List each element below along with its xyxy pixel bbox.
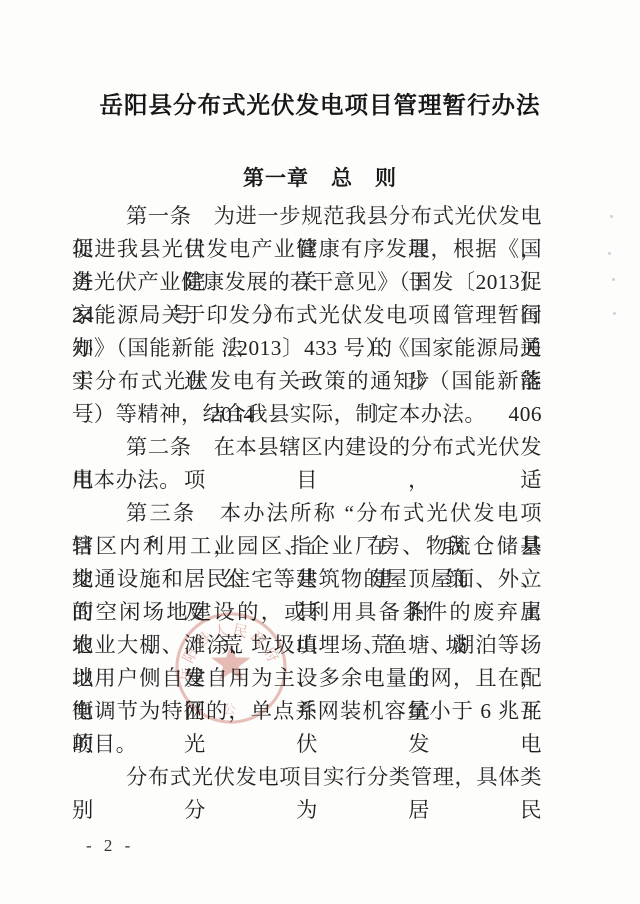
text-line: 交通设施和居民住宅等建筑物的屋顶屋面、外立面及其附属 — [72, 563, 542, 596]
margin-speck — [610, 215, 613, 218]
text-line: 的空闲场地建设的，或利用具备条件的废弃土地、荒山荒坡、 — [72, 596, 542, 629]
page-number: - 2 - — [86, 836, 134, 856]
document-body: 第一条 为进一步规范我县分布式光伏发电项目管理，促进我县光伏发电产业健康有序发展… — [72, 200, 542, 794]
document-page: 岳阳县分布式光伏发电项目管理暂行办法 第一章 总 则 岳阳县人民政府 公 第一条… — [0, 0, 640, 904]
margin-speck — [613, 312, 616, 315]
text-line: 知》（国能新能〔2013〕433 号）、《国家能源局关于进一步落 — [72, 332, 542, 365]
text-line: 以用户侧自发自用为主、多余电量上网，且在配电网系统平 — [72, 662, 542, 695]
margin-speck — [608, 252, 611, 255]
text-line: 进光伏产业健康发展的若干意见》（国发〔2013〕24 号）、《国 — [72, 266, 542, 299]
margin-speck — [612, 278, 615, 281]
text-line: 第一条 为进一步规范我县分布式光伏发电项目管理， — [72, 200, 542, 233]
text-line: 促进我县光伏发电产业健康有序发展，根据《国务院关于促 — [72, 233, 542, 266]
text-line: 辖区内利用工业园区、企业厂房、物流仓储基地、公共建筑、 — [72, 530, 542, 563]
text-line: 号）等精神，结合我县实际，制定本办法。 — [72, 398, 542, 431]
text-line: 实分布式光伏发电有关政策的通知》（国能新能〔2014〕406 — [72, 365, 542, 398]
chapter-heading: 第一章 总 则 — [0, 162, 640, 192]
text-line: 家能源局关于印发分布式光伏发电项目管理暂行办法的通 — [72, 299, 542, 332]
text-line: 衡调节为特征的，单点并网装机容量小于 6 兆瓦的光伏发电 — [72, 695, 542, 728]
text-line: 第二条 在本县辖区内建设的分布式光伏发电项目，适 — [72, 431, 542, 464]
document-title: 岳阳县分布式光伏发电项目管理暂行办法 — [0, 86, 640, 120]
text-line: 分布式光伏发电项目实行分类管理，具体类别分为居民 — [72, 761, 542, 794]
text-line: 第三条 本办法所称 “分布式光伏发电项目”，指在我县 — [72, 497, 542, 530]
text-line: 农业大棚、滩涂、垃圾填埋场、鱼塘、湖泊等场地建设的， — [72, 629, 542, 662]
